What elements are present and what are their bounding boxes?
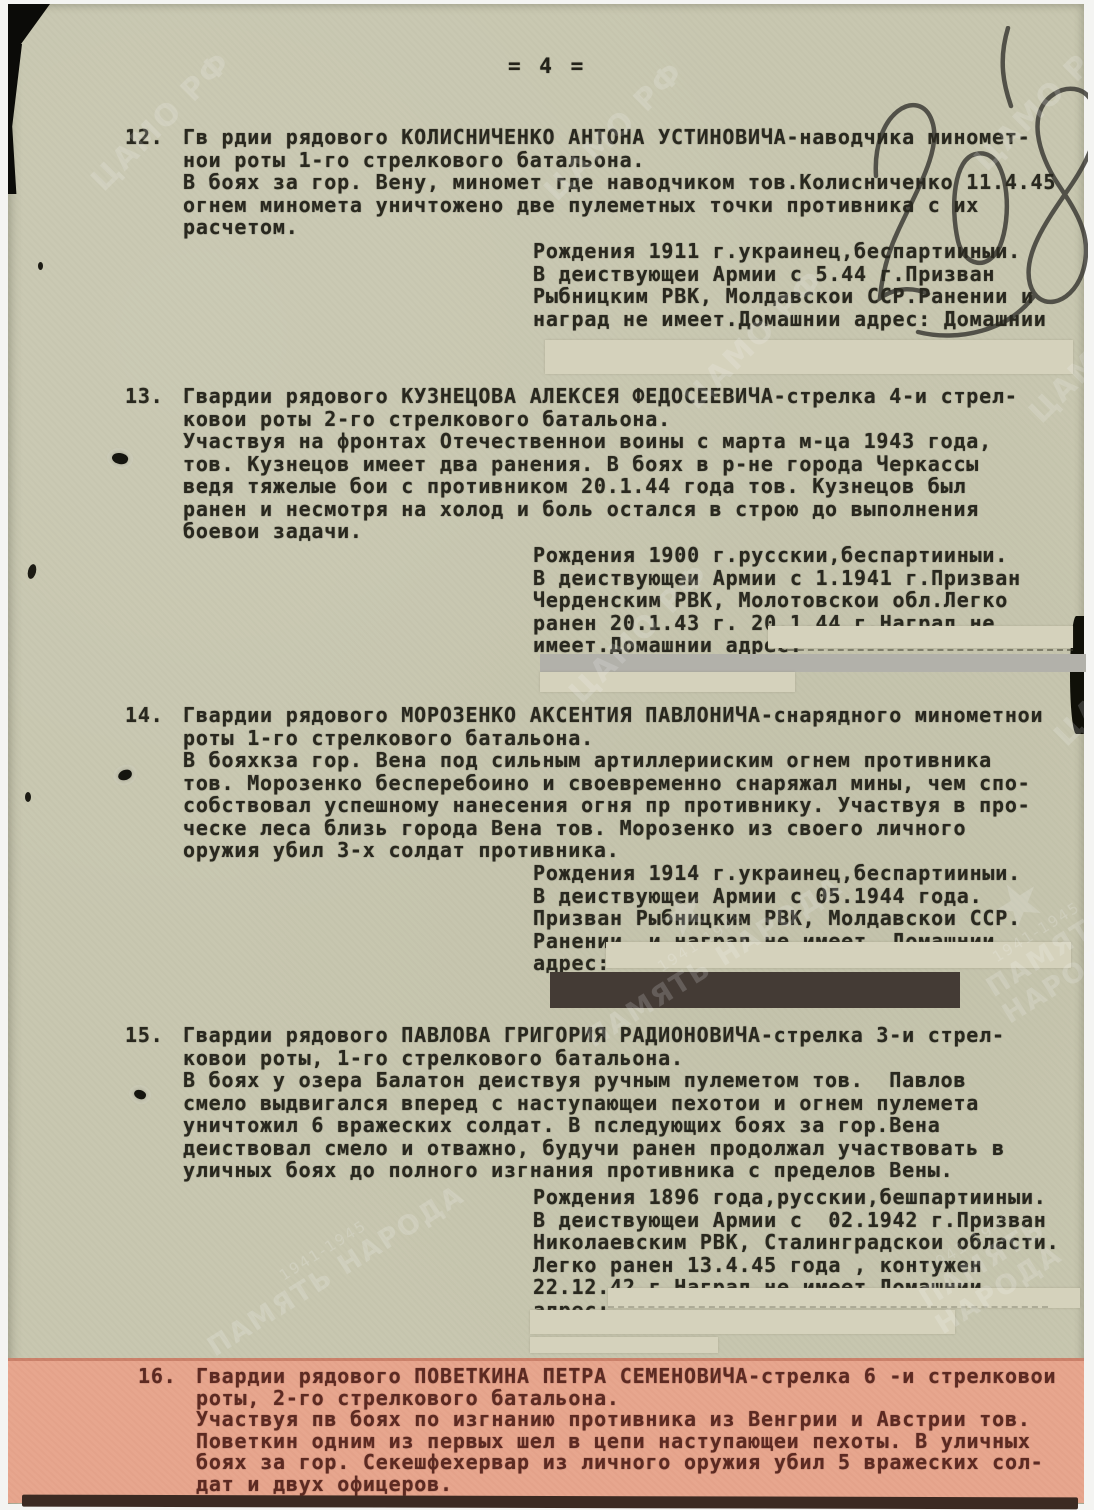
redaction-bar [606, 942, 1071, 968]
redaction-bar [545, 340, 1073, 374]
punch-hole [133, 1088, 148, 1102]
redaction-bar [608, 1288, 1080, 1308]
punch-hole [117, 769, 133, 782]
dashed-underline [768, 649, 1073, 651]
entry-citation-text: Гвардии рядового МОРОЗЕНКО АКСЕНТИЯ ПАВЛ… [183, 704, 1043, 862]
page-number: = 4 = [508, 54, 586, 78]
entry-number: 12. [125, 126, 164, 149]
redaction-bar [530, 1337, 718, 1353]
entry-citation-text: Гв рдии рядового КОЛИСНИЧЕНКО АНТОНА УСТ… [183, 126, 1056, 239]
entry-citation-text: Гвардии рядового ПАВЛОВА ГРИГОРИЯ РАДИОН… [183, 1024, 1005, 1182]
entry-bio-text: Рождения 1911 г.украинец,беспартииныи. В… [533, 240, 1047, 330]
entry-number: 16. [138, 1366, 177, 1388]
redaction-bar [540, 672, 795, 692]
entry-citation-text: Гвардии рядового КУЗНЕЦОВА АЛЕКСЕЯ ФЕДОС… [183, 385, 1018, 543]
dashed-underline [608, 1306, 1048, 1308]
entry-citation-text: Гвардии рядового ПОВЕТКИНА ПЕТРА СЕМЕНОВ… [196, 1366, 1056, 1495]
document-page: = 4 = 208 12. Гв рдии рядового КОЛИСНИЧЕ… [8, 4, 1084, 1504]
edge-speck [25, 792, 31, 802]
entry-number: 14. [125, 704, 164, 727]
redaction-bar-dark [550, 972, 960, 1008]
redaction-bar [530, 1310, 955, 1334]
entry-number: 15. [125, 1024, 164, 1047]
edge-speck [26, 563, 37, 579]
page-bottom-shadow [22, 1495, 1078, 1510]
memory-watermark: 1941-1945 ПАМЯТЬ НАРОДА [193, 1164, 471, 1363]
redaction-bar [540, 654, 1086, 672]
entry-number: 13. [125, 385, 164, 408]
redaction-bar [768, 626, 1073, 648]
punch-hole [111, 451, 130, 466]
edge-speck [38, 262, 43, 270]
torn-edge [8, 44, 22, 194]
document-scan: = 4 = 208 12. Гв рдии рядового КОЛИСНИЧЕ… [0, 0, 1094, 1510]
